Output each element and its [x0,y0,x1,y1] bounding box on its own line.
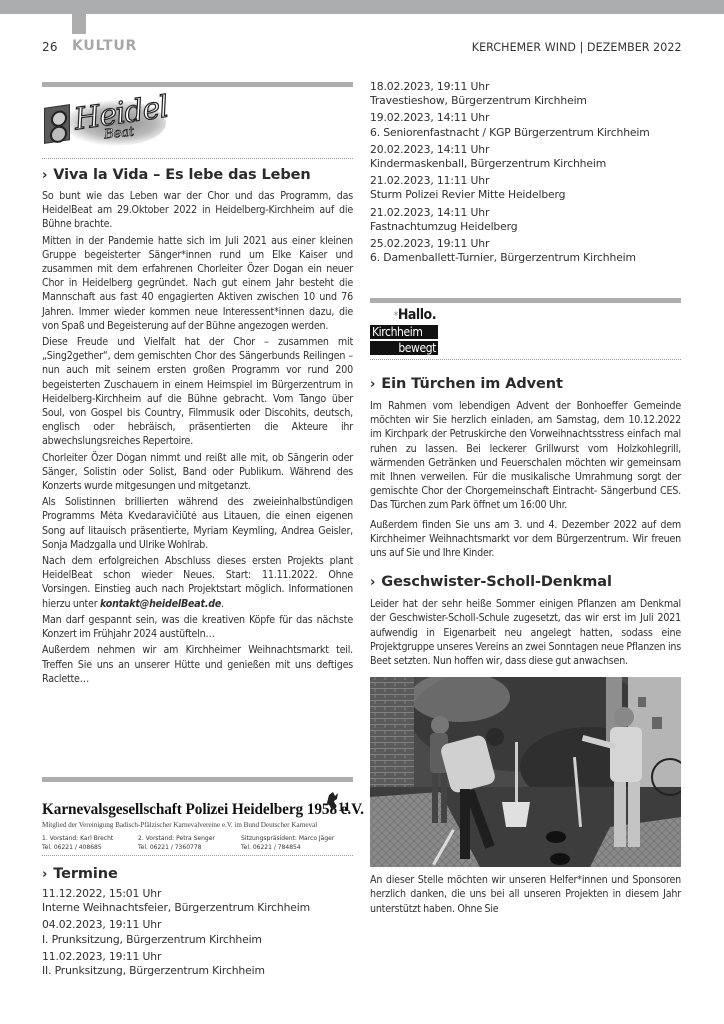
paragraph: Im Rahmen vom lebendigen Advent der Bonh… [370,399,681,513]
karneval-article: 11 Karnevalsgesellschaft Polizei Heidelb… [42,777,353,981]
contact-role: 1. Vorstand: Karl Brecht [42,834,138,843]
paragraph: Außerdem finden Sie uns am 3. und 4. Dez… [370,518,681,561]
paragraph-text: . [221,598,224,610]
event-desc: Interne Weihnachtsfeier, Bürgerzentrum K… [42,901,353,915]
contact-item: 2. Vorstand: Petra SengerTel. 06221 / 73… [138,834,241,852]
paragraph: Diese Freude und Vielfalt hat der Chor –… [42,335,353,449]
article-top-rule [42,777,353,782]
paragraph: Leider hat der sehr heiße Sommer einigen… [370,597,681,668]
email-link[interactable]: kontakt@heidelBeat.de [100,598,221,610]
termine-headline: ›Termine [42,866,353,882]
event-date: 04.02.2023, 19:11 Uhr [42,918,353,932]
logo-text: Hallo. [398,307,436,323]
event-item: 18.02.2023, 19:11 UhrTravestieshow, Bürg… [370,80,681,108]
event-item: 20.02.2023, 14:11 UhrKindermaskenball, B… [370,143,681,171]
page-number: 26 [42,40,58,54]
photo-image [370,677,681,867]
speaker-icon [44,104,70,144]
event-desc: I. Prunksitzung, Bürgerzentrum Kirchheim [42,933,353,947]
contact-phone: Tel. 06221 / 408685 [42,843,138,852]
event-date: 11.12.2022, 15:01 Uhr [42,887,353,901]
contact-item: Sitzungspräsident: Marco JägerTel. 06221… [241,834,334,852]
section-title: KULTUR [72,38,137,54]
paragraph: Chorleiter Özer Dogan nimmt und reißt al… [42,451,353,494]
event-desc: II. Prunksitzung, Bürgerzentrum Kirchhei… [42,964,353,978]
termine-continued: 18.02.2023, 19:11 UhrTravestieshow, Bürg… [370,80,681,268]
svg-text:11: 11 [338,799,350,813]
top-color-bar [0,0,724,14]
denkmal-body: Leider hat der sehr heiße Sommer einigen… [370,597,681,668]
paragraph: Als Solistinnen brillierten während des … [42,495,353,552]
chevron-right-icon: › [370,377,375,392]
event-item: 21.02.2023, 11:11 UhrSturm Polizei Revie… [370,174,681,202]
chevron-right-icon: › [370,575,375,590]
event-date: 21.02.2023, 11:11 Uhr [370,174,681,188]
headline-text: Geschwister-Scholl-Denkmal [381,574,612,590]
heidelbeat-logo: Heidel Beat [42,94,168,152]
event-desc: Fastnachtumzug Heidelberg [370,220,681,234]
article-headline: ›Viva la Vida – Es lebe das Leben [42,167,353,183]
event-item: 11.02.2023, 19:11 UhrII. Prunksitzung, B… [42,950,353,978]
headline-text: Termine [53,866,118,882]
paragraph: Mitten in der Pandemie hatte sich im Jul… [42,234,353,333]
event-desc: Travestieshow, Bürgerzentrum Kirchheim [370,94,681,108]
contact-phone: Tel. 06221 / 7360778 [138,843,241,852]
logo-bewegt: bewegt [370,341,438,355]
event-date: 21.02.2023, 14:11 Uhr [370,206,681,220]
jester-emblem-icon: 11 [325,791,351,813]
contact-item: 1. Vorstand: Karl BrechtTel. 06221 / 408… [42,834,138,852]
event-desc: Sturm Polizei Revier Mitte Heidelberg [370,188,681,202]
club-name: Karnevalsgesellschaft Polizei Heidelberg… [42,801,353,819]
logo-hallo: *Hallo. [370,308,438,323]
event-date: 18.02.2023, 19:11 Uhr [370,80,681,94]
club-membership: Mitglied der Vereinigung Badisch-Pfälzis… [42,821,353,829]
chevron-right-icon: › [42,867,47,882]
hallo-kirchheim-logo: *Hallo. Kirchheim bewegt [370,308,438,355]
logo-kirchheim: Kirchheim [370,325,438,339]
advent-body: Im Rahmen vom lebendigen Advent der Bonh… [370,399,681,560]
contact-role: 2. Vorstand: Petra Senger [138,834,241,843]
headline-text: Ein Türchen im Advent [381,376,563,392]
event-date: 19.02.2023, 14:11 Uhr [370,111,681,125]
paragraph: Außerdem nehmen wir am Kirchheimer Weihn… [42,643,353,686]
advent-headline: ›Ein Türchen im Advent [370,376,681,392]
dotted-divider [42,855,353,856]
event-date: 11.02.2023, 19:11 Uhr [42,950,353,964]
section-tab-marker [72,14,86,34]
closing-body: An dieser Stelle möchten wir unseren Hel… [370,873,681,916]
event-desc: 6. Seniorenfastnacht / KGP Bürgerzentrum… [370,126,681,140]
headline-text: Viva la Vida – Es lebe das Leben [53,167,310,183]
paragraph: Nach dem erfolgreichen Abschluss dieses … [42,554,353,611]
contact-list: 1. Vorstand: Karl BrechtTel. 06221 / 408… [42,834,353,852]
event-item: 04.02.2023, 19:11 UhrI. Prunksitzung, Bü… [42,918,353,946]
event-date: 25.02.2023, 19:11 Uhr [370,237,681,251]
contact-role: Sitzungspräsident: Marco Jäger [241,834,334,843]
publication-title: KERCHEMER WIND | DEZEMBER 2022 [472,40,682,54]
chevron-right-icon: › [42,168,47,183]
event-item: 11.12.2022, 15:01 UhrInterne Weihnachtsf… [42,887,353,915]
denkmal-headline: ›Geschwister-Scholl-Denkmal [370,574,681,590]
heidelbeat-article: Heidel Beat ›Viva la Vida – Es lebe das … [42,82,353,688]
paragraph: So bunt wie das Leben war der Chor und d… [42,189,353,232]
hallo-kirchheim-article: *Hallo. Kirchheim bewegt ›Ein Türchen im… [370,298,681,918]
event-item: 21.02.2023, 14:11 UhrFastnachtumzug Heid… [370,206,681,234]
logo-text-beat: Beat [103,124,135,142]
event-desc: Kindermaskenball, Bürgerzentrum Kirchhei… [370,157,681,171]
planting-photo [370,677,681,867]
event-date: 20.02.2023, 14:11 Uhr [370,143,681,157]
karneval-header: 11 Karnevalsgesellschaft Polizei Heidelb… [42,791,353,856]
event-item: 25.02.2023, 19:11 Uhr6. Damenballett-Tur… [370,237,681,265]
event-item: 19.02.2023, 14:11 Uhr6. Seniorenfastnach… [370,111,681,139]
event-list: 11.12.2022, 15:01 UhrInterne Weihnachtsf… [42,887,353,978]
event-desc: 6. Damenballett-Turnier, Bürgerzentrum K… [370,251,681,265]
contact-phone: Tel. 06221 / 784854 [241,843,334,852]
article-body: So bunt wie das Leben war der Chor und d… [42,189,353,686]
paragraph: An dieser Stelle möchten wir unseren Hel… [370,873,681,916]
paragraph: Man darf gespannt sein, was die kreative… [42,613,353,641]
